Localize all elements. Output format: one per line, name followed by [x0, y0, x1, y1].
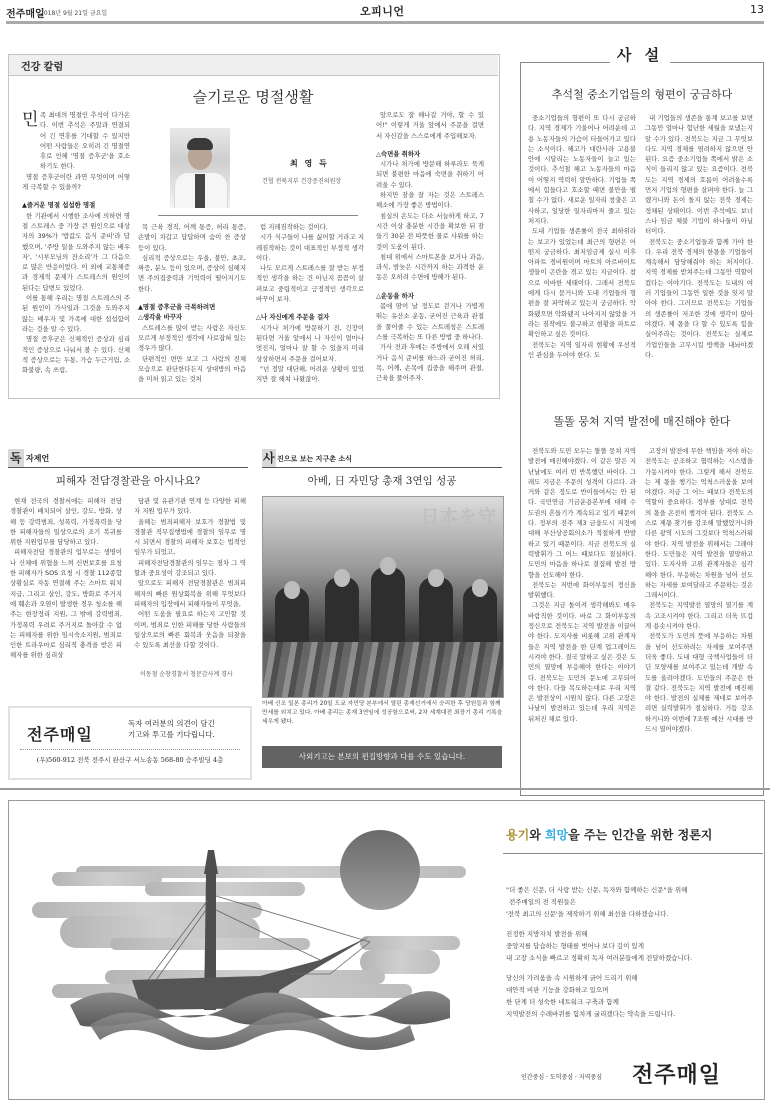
editorial-1-text-col-2: 내 기업들의 생존을 통계 보고를 보면 그동안 얼마나 험난한 세월을 보냈는…: [645, 113, 753, 360]
health-column-text-col-1: 족 최대의 명절인 추석이 다가온다. 이번 추석은 주말과 연결되어 긴 연휴…: [22, 110, 130, 375]
health-column-header-bar: [9, 55, 498, 76]
reader-signature: 이동철 순창경찰서 청문감사계 경사: [140, 669, 233, 678]
paragraph: "넌 정말 대단해, 어려운 상황이 있었지만 잘 해쳐 나왔잖아.: [256, 364, 364, 385]
ad-headline: 용기와 희망을 주는 인간을 위한 정론지: [506, 826, 712, 843]
editorial-1-text-col-1: 중소기업들의 형편이 또 다시 궁금하다. 지역 경제가 기울어나 어려운데 고…: [528, 113, 636, 360]
paragraph: 침실의 온도는 다소 서늘하게 하고, 7시간 이상 충분한 시간을 확보한 뒤…: [376, 211, 484, 252]
photo-news-header-initial: 사: [263, 449, 275, 466]
paragraph: 현재 전국의 경찰서에는 피해자 전담 경찰관이 배치되어 살인, 강도, 방화…: [10, 496, 122, 547]
ad-line: 중앙지를 답습하는 형태를 벗어나 보다 깊이 있게: [506, 940, 692, 952]
ad-logo: 전주매일: [632, 1058, 721, 1089]
health-column-text-col-4: 앞으로도 잘 해나갈 거야, 할 수 있어!" 이렇게 거울 앞에서 주문을 걸…: [376, 110, 484, 383]
paragraph: 도내 기업들 생존률이 전국 최하위라는 보고가 있었는데 최근의 형편은 어떤…: [528, 226, 636, 339]
ad-headline-rest: 을 주는 인간을 위한 정론지: [568, 828, 712, 842]
subheading: △생각을 바꾸자: [138, 312, 246, 322]
ad-line: 대안적 비판 기능을 강화하고 있으며: [506, 984, 692, 996]
editorial-label: 사 설: [610, 44, 670, 65]
contact-message-line-2: 기고와 투고를 기다립니다.: [128, 729, 215, 740]
editorial-title-1: 추석철 중소기업들의 형편이 궁금하다: [520, 86, 764, 102]
paragraph: 목 근육 경직, 어깨 통증, 허리 통증, 손발이 차갑고 답답하며 숨이 찬…: [138, 222, 246, 253]
disclaimer-notice: 사외기고는 본보의 편집방향과 다를 수도 있습니다.: [262, 746, 502, 768]
paragraph: 침대 위에서 스마트폰을 보거나 과음, 과식, 밤늦은 시간까지 하는 과격한…: [376, 252, 484, 283]
paragraph: 나도 모르게 스트레스를 잘 받는 부정적인 생각을 하는 건 아닌지 꼼꼼이 …: [256, 263, 364, 304]
reader-text-col-1: 현재 전국의 경찰서에는 피해자 전담 경찰관이 배치되어 살인, 강도, 방화…: [10, 496, 122, 661]
paragraph: 담관 및 유관기관 연계 등 다양한 피해자 지원 업무가 있다.: [134, 496, 246, 517]
masthead-paper-name: 전주매일: [6, 5, 45, 20]
section-divider: [0, 788, 770, 790]
ad-slogan: 인간중심 · 도덕중심 · 지역중심: [521, 1072, 602, 1081]
masthead-section-title: 오피니언: [360, 3, 405, 19]
page-number: 13: [750, 3, 764, 16]
photo-banner-text: 日本を守: [421, 503, 497, 529]
paragraph: 한 기관에서 시행한 조사에 의하면 명절 스트레스 중 가장 큰 원인으로 대…: [22, 211, 130, 293]
paragraph: 올해는 범죄피해자 보호가 경찰법 및 경찰관 직무집행법에 경찰의 임무로 명…: [134, 517, 246, 558]
editorial-2-text-col-2: 고장의 발전에 무한 책임을 져야 하는 전북도는 공조하고 협력하는 시스템을…: [645, 446, 753, 734]
health-column-header: 건강 칼럼: [21, 58, 63, 73]
ad-line: 지역발전의 수레바퀴를 힘차게 굴리겠다는 약속을 드립니다.: [506, 1008, 692, 1020]
ad-headline-divider: [503, 853, 763, 854]
subheading: ▲명절 증후군을 극복하려면: [138, 302, 246, 312]
ad-body-text: "더 좋은 신문, 더 사랑 받는 신문, 독자와 함께하는 신문"을 위해전주…: [506, 884, 692, 1020]
paragraph: 심리적 증상으로는 우울, 불안, 초조, 짜증, 분노 등이 있으며, 증상이…: [138, 253, 246, 294]
health-column-text-col-3: 럼 지레짐작하는 것이다.시가 식구들이 나를 싫어할 거라고 지레짐작하는 것…: [256, 222, 364, 384]
paragraph: 명절 증후군이란 과연 무엇이며 어떻게 극복할 수 있을까?: [22, 172, 130, 193]
ship-illustration: [30, 830, 470, 1070]
paragraph: 전북도는 지역발전 열망의 열기를 계속 고조시켜야 한다. 그리고 더욱 뜨겁…: [645, 600, 753, 631]
contact-message: 독자 여러분의 의견이 담긴 기고와 투고를 기다립니다.: [128, 718, 215, 740]
paragraph: 시가나 처가에 방문해 하루라도 묵게 되면 불편한 마음에 숙면을 취하기 어…: [376, 159, 484, 190]
paragraph: 앞으로도 잘 해나갈 거야, 할 수 있어!" 이렇게 거울 앞에서 주문을 걸…: [376, 110, 484, 141]
contact-message-line-1: 독자 여러분의 의견이 담긴: [128, 718, 215, 729]
paragraph: 하지만 잠을 잘 자는 것은 스트레스 해소에 가장 좋은 방법이다.: [376, 190, 484, 211]
masthead-date: 2018년 9월 21일 금요일: [40, 8, 107, 17]
paragraph: 어떤 도움을 필요로 하는지 고민할 것이며, 범죄로 인한 피해를 당한 사람…: [134, 609, 246, 650]
paragraph: 내 기업들의 생존을 통계 보고를 보면 그동안 얼마나 험난한 세월을 보냈는…: [645, 113, 753, 237]
photo-news-title: 아베, 日 자민당 총재 3연임 성공: [262, 473, 502, 488]
health-column-text-col-2: 목 근육 경직, 어깨 통증, 허리 통증, 손발이 차갑고 답답하며 숨이 찬…: [138, 222, 246, 384]
author-photo: [170, 128, 230, 208]
subheading: △숙면을 취하자: [376, 149, 484, 159]
ad-line: '전북 최고의 신문'을 제작하기 위해 최선을 다하겠습니다.: [506, 908, 692, 920]
paragraph: 전북도는 지역 일자리 현황에 우선적인 관심을 두어야 한다. 도: [528, 340, 636, 361]
subheading: △운동을 하자: [376, 291, 484, 301]
paragraph: 중소기업들의 형편이 또 다시 궁금하다. 지역 경제가 기울어나 어려운데 고…: [528, 113, 636, 226]
ad-line: 당신의 가려움을 속 시원하게 긁어 드리기 위해: [506, 972, 692, 984]
paragraph: 앞으로도 피해자 전담경찰관은 범죄피해자의 빠른 원상회복을 위해 무엇보다 …: [134, 578, 246, 609]
paragraph: 전북도는 저번에 화이부동의 정신을 발휘했다.: [528, 580, 636, 601]
author-divider: [158, 215, 358, 216]
ad-line: 진정한 지방자치 발전을 위해: [506, 928, 692, 940]
paragraph: 고장의 발전에 무한 책임을 져야 하는 전북도는 공조하고 협력하는 시스템을…: [645, 446, 753, 600]
paragraph: 시가나 처가에 방문하기 전, 긴장이 된다면 거울 앞에서 나 자신이 얼마나…: [256, 323, 364, 364]
paragraph: 몸에 땀이 날 정도로 걷거나 가볍게 뛰는 유산소 운동, 굳어진 근육과 관…: [376, 301, 484, 342]
ad-paragraph: "더 좋은 신문, 더 사랑 받는 신문, 독자와 함께하는 신문"을 위해전주…: [506, 884, 692, 920]
ad-line: 전주매일의 전 직원들은: [506, 896, 692, 908]
editorial-title-2: 똘똘 뭉쳐 지역 발전에 매진해야 한다: [520, 413, 764, 429]
contact-logo: 전주매일: [27, 722, 93, 745]
news-photo: 日本を守: [262, 496, 504, 698]
paragraph: 족 최대의 명절인 추석이 다가온다. 이번 추석은 주말과 연결되어 긴 연휴…: [22, 110, 130, 172]
subheading: △나 자신에게 주문을 걸자: [256, 312, 364, 322]
paragraph: 단편적인 면만 보고 그 사람의 전체 모습으로 판단한다든지 상대방의 마음을…: [138, 354, 246, 385]
ad-paragraph: 당신의 가려움을 속 시원하게 긁어 드리기 위해대안적 비판 기능을 강화하고…: [506, 972, 692, 1020]
author-name: 최 영 득: [290, 158, 329, 169]
paragraph: 스트레스를 많이 받는 사람은 자신도 모르게 부정적인 생각에 사로잡혀 있는…: [138, 323, 246, 354]
paragraph: 시가 식구들이 나를 싫어할 거라고 지레짐작하는 것이 대표적인 부정적 생각…: [256, 232, 364, 263]
paragraph: 피해자전담 경찰관의 업무로는 생명이나 신체에 위협을 느껴 신변보호를 요청…: [10, 547, 122, 660]
photo-caption: 아베 신조 일본 총리가 20일 도쿄 자민당 본부에서 열린 총재선거에서 승…: [262, 700, 504, 727]
ad-paragraph: 진정한 지방자치 발전을 위해중앙지를 답습하는 형태를 벗어나 보다 깊이 있…: [506, 928, 692, 964]
contact-address: (우)560-912 전북 전주시 완산구 서노송동 568-80 승주빌딩 4…: [8, 755, 252, 764]
paragraph: 명절 증후군은 신체적인 증상과 심리적인 증상으로 나눠서 볼 수 있다. 신…: [22, 334, 130, 375]
ad-headline-courage: 용기: [506, 828, 529, 842]
reader-header-initial: 독: [10, 449, 22, 466]
paragraph: 피해자전담경찰관의 임무는 점차 그 역할과 중요성이 강조되고 있다.: [134, 558, 246, 579]
reader-contribution-title: 피해자 전담경찰관을 아시나요?: [8, 473, 248, 488]
contact-dotted-divider: [20, 749, 240, 750]
ad-headline-hope: 희망: [545, 828, 568, 842]
subheading: ▲즐거운 명절 섭섭한 명절: [22, 200, 130, 210]
author-role: 건협 전북지부 건강증진의원장: [262, 176, 341, 185]
photo-news-header-text: 진으로 보는 지구촌 소식: [277, 454, 352, 464]
paragraph: 전북도는 중소기업들과 함께 가야 한다. 우리 전북 경제의 한몫을 기업들이…: [645, 237, 753, 361]
paragraph: 가사 전과 후에는 주방에서 오래 서있거나 음식 준비를 하느라 굳어진 허리…: [376, 342, 484, 383]
ad-line: 내 고장 소식을 빠르고 정확히 독자 여러분들에게 전달하겠습니다.: [506, 952, 692, 964]
ad-line: 한 단계 더 성숙한 네트워크 구축과 함께: [506, 996, 692, 1008]
ad-headline-connector: 와: [529, 828, 545, 842]
paragraph: 럼 지레짐작하는 것이다.: [256, 222, 364, 232]
reader-text-col-2: 담관 및 유관기관 연계 등 다양한 피해자 지원 업무가 있다.올해는 범죄피…: [134, 496, 246, 650]
paragraph: 전북도가 도민의 뜻에 부응하는 차원을 넘어 선도하려는 자세를 보여주면 더…: [645, 631, 753, 734]
paragraph: 전북도와 도민 모두는 똘똘 뭉쳐 지역 발전에 매진해야겠다. 이 같은 말은…: [528, 446, 636, 580]
reader-header-text: 자제언: [26, 453, 49, 464]
ad-line: "더 좋은 신문, 더 사랑 받는 신문, 독자와 함께하는 신문"을 위해: [506, 884, 692, 896]
editorial-2-text-col-1: 전북도와 도민 모두는 똘똘 뭉쳐 지역 발전에 매진해야겠다. 이 같은 말은…: [528, 446, 636, 724]
paragraph: 이를 통해 우리는 명절 스트레스의 주된 원인이 가사일과 그것을 도와주지 …: [22, 293, 130, 334]
masthead-divider: [6, 21, 764, 24]
paragraph: 그것은 지금 돌이켜 생각해봐도 매우 바람직한 것이다. 바로 그 화이부동의…: [528, 600, 636, 724]
health-column-title: 슬기로운 명절생활: [8, 86, 498, 107]
